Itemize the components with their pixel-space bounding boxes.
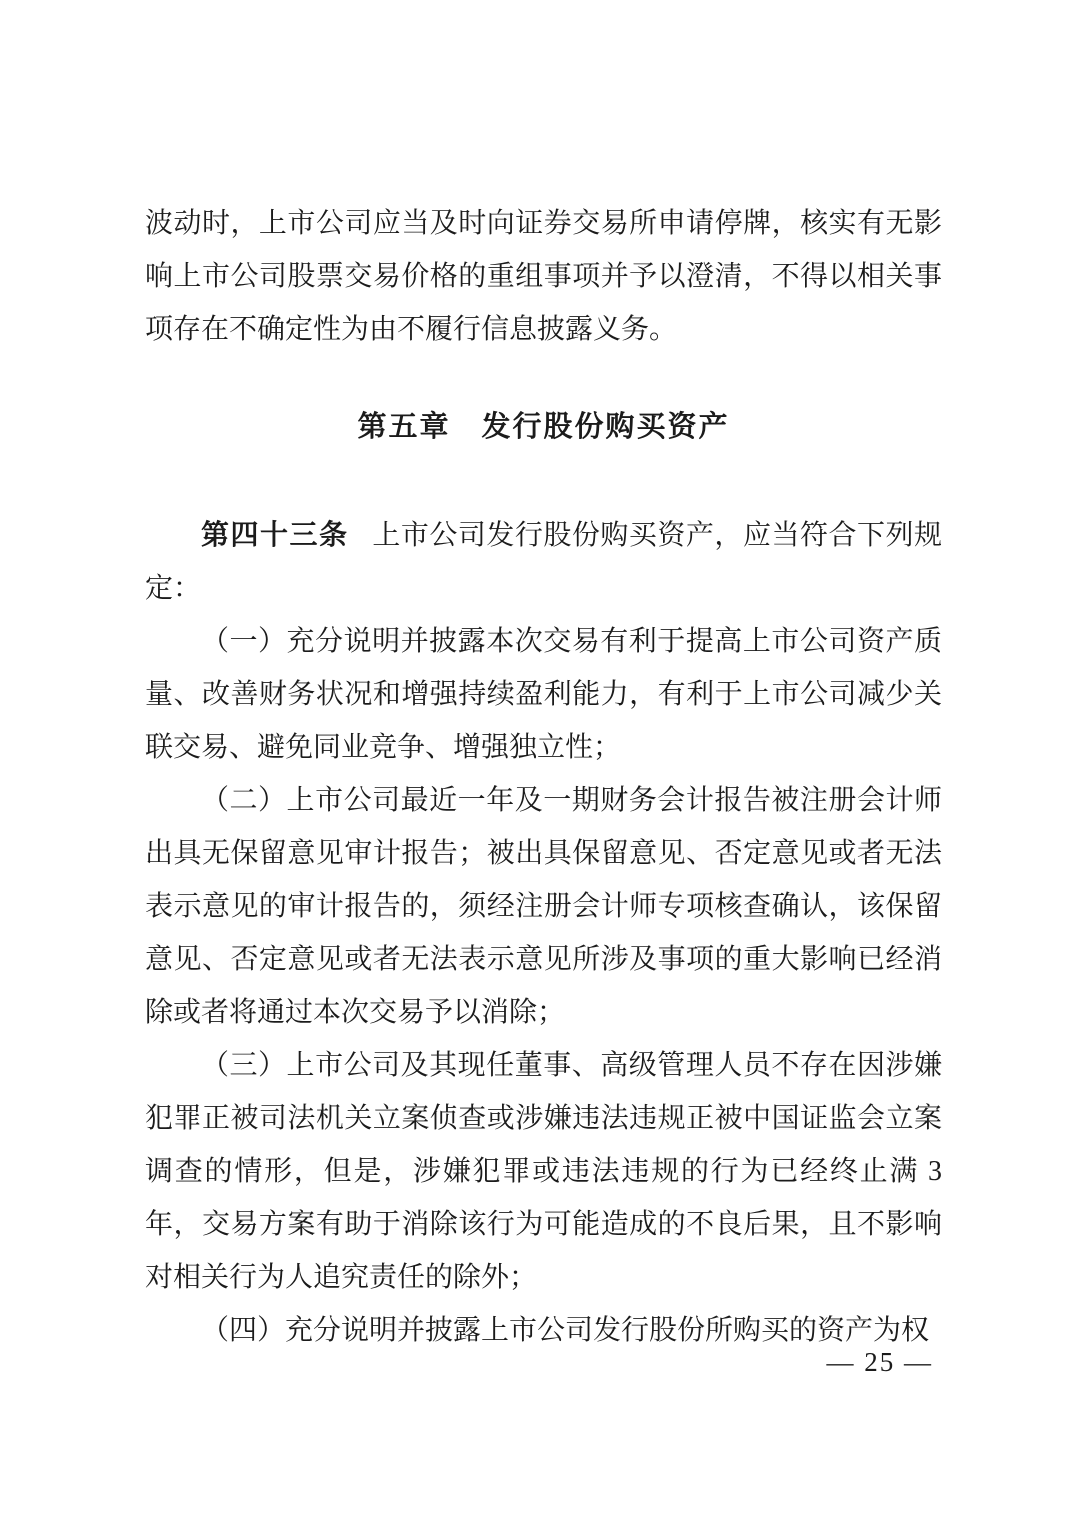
article-number: 第四十三条: [201, 519, 349, 550]
list-item-2: （二）上市公司最近一年及一期财务会计报告被注册会计师出具无保留意见审计报告；被出…: [145, 774, 942, 1039]
chapter-heading: 第五章 发行股份购买资产: [145, 401, 942, 454]
article-43-paragraph: 第四十三条上市公司发行股份购买资产，应当符合下列规定：: [145, 508, 942, 615]
list-item-3: （三）上市公司及其现任董事、高级管理人员不存在因涉嫌犯罪正被司法机关立案侦查或涉…: [145, 1039, 942, 1304]
paragraph-continuation: 波动时，上市公司应当及时向证券交易所申请停牌，核实有无影响上市公司股票交易价格的…: [145, 197, 942, 356]
page-content: 波动时，上市公司应当及时向证券交易所申请停牌，核实有无影响上市公司股票交易价格的…: [145, 197, 942, 1357]
list-item-4: （四）充分说明并披露上市公司发行股份所购买的资产为权: [145, 1304, 942, 1357]
document-page: 波动时，上市公司应当及时向证券交易所申请停牌，核实有无影响上市公司股票交易价格的…: [0, 0, 1080, 1527]
list-item-1: （一）充分说明并披露本次交易有利于提高上市公司资产质量、改善财务状况和增强持续盈…: [145, 615, 942, 774]
page-number: — 25 —: [827, 1342, 934, 1382]
